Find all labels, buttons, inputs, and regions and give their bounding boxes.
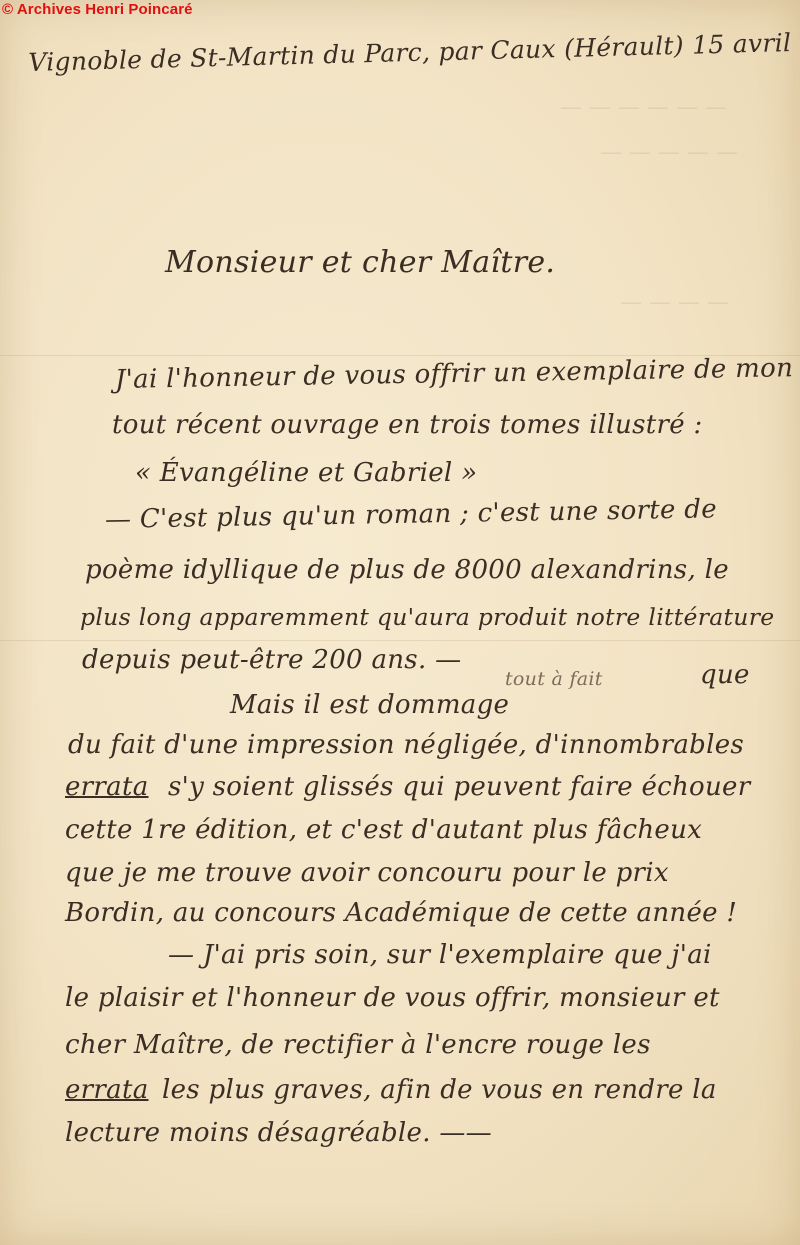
reverse-side-bleed-through: — — — — — — bbox=[560, 95, 727, 120]
letter-line: du fait d'une impression négligée, d'inn… bbox=[68, 730, 744, 760]
letter-line-continuation: que bbox=[700, 660, 750, 690]
letter-line: J'ai l'honneur de vous offrir un exempla… bbox=[115, 353, 794, 395]
reverse-side-bleed-through: — — — — — bbox=[600, 140, 738, 165]
letter-word-errata-underlined: errata bbox=[65, 1075, 149, 1105]
archive-watermark: © Archives Henri Poincaré bbox=[2, 1, 193, 18]
letter-line-book-title: « Évangéline et Gabriel » bbox=[135, 458, 477, 488]
letter-header-place-date: Vignoble de St-Martin du Parc, par Caux … bbox=[28, 26, 800, 77]
letter-line: s'y soient glissés qui peuvent faire éch… bbox=[168, 772, 750, 802]
letter-line: cette 1re édition, et c'est d'autant plu… bbox=[65, 815, 702, 845]
letter-line: les plus graves, afin de vous en rendre … bbox=[162, 1075, 717, 1105]
letter-line: que je me trouve avoir concouru pour le … bbox=[65, 858, 669, 888]
letter-line: depuis peut-être 200 ans. — bbox=[82, 645, 461, 675]
interlinear-insert: tout à fait bbox=[505, 668, 603, 690]
letter-line: le plaisir et l'honneur de vous offrir, … bbox=[65, 983, 720, 1013]
letter-line: Mais il est dommage bbox=[230, 690, 509, 720]
paper-fold-line bbox=[0, 640, 800, 641]
letter-line: tout récent ouvrage en trois tomes illus… bbox=[112, 410, 703, 440]
letter-salutation: Monsieur et cher Maître. bbox=[165, 245, 555, 280]
letter-page: — — — — — — — — — — — — — — — © Archives… bbox=[0, 0, 800, 1245]
letter-line: cher Maître, de rectifier à l'encre roug… bbox=[65, 1030, 651, 1060]
letter-line: plus long apparemment qu'aura produit no… bbox=[80, 603, 774, 631]
letter-line: — C'est plus qu'un roman ; c'est une sor… bbox=[105, 494, 717, 535]
letter-word-errata-underlined: errata bbox=[65, 772, 149, 802]
reverse-side-bleed-through: — — — — bbox=[620, 290, 729, 315]
letter-line-closing: lecture moins désagréable. —— bbox=[65, 1118, 492, 1148]
letter-line: Bordin, au concours Académique de cette … bbox=[65, 898, 737, 928]
letter-line: — J'ai pris soin, sur l'exemplaire que j… bbox=[168, 940, 712, 970]
letter-line: poème idyllique de plus de 8000 alexandr… bbox=[85, 555, 729, 585]
